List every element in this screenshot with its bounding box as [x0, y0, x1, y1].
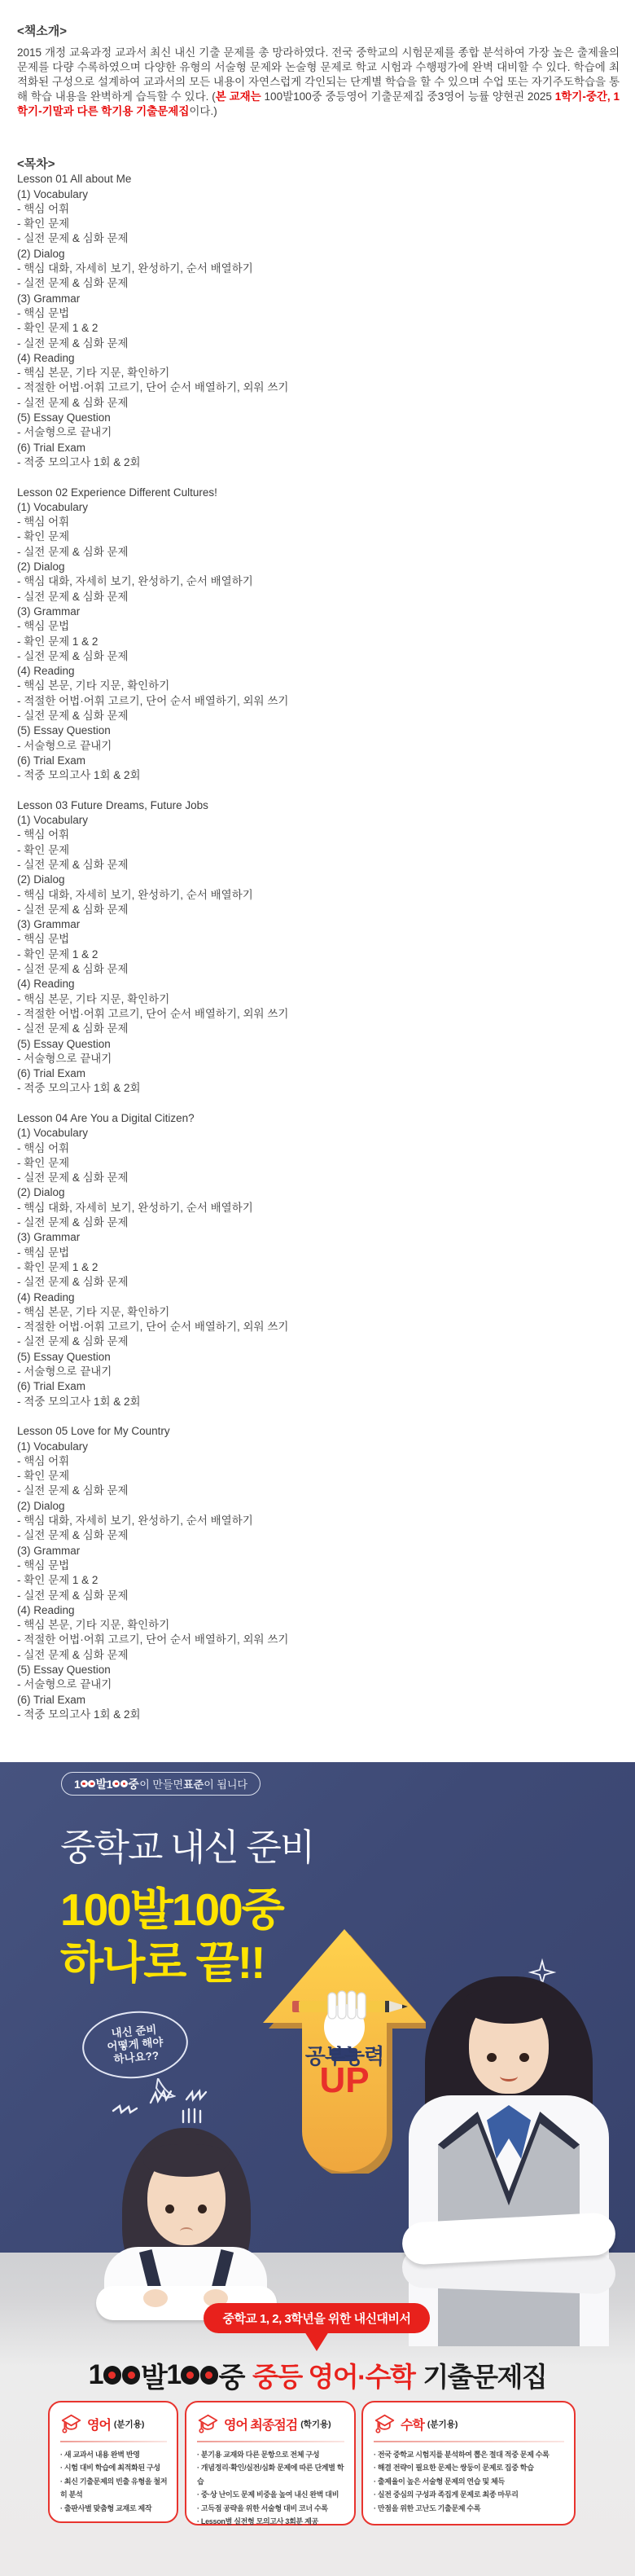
logo-zero-circle	[122, 2366, 140, 2384]
student-photo-confident	[391, 1976, 627, 2346]
toc-item: (3) Grammar	[17, 604, 620, 619]
toc-item: (2) Dialog	[17, 1185, 620, 1200]
card-english-final-check-suffix: (학기용)	[300, 2418, 331, 2430]
toc-item: - 핵심 본문, 기타 지문, 확인하기	[17, 1305, 620, 1320]
toc-item: - 실전 문제 & 심화 문제	[17, 858, 620, 873]
toc-item: (4) Reading	[17, 977, 620, 991]
toc-item: - 확인 문제	[17, 843, 620, 858]
lesson-title: Lesson 01 All about Me	[17, 172, 620, 187]
card-feature-item: Lesson별 실전형 모의고사 3회분 제공	[197, 2515, 346, 2528]
toc-item: - 핵심 본문, 기타 지문, 확인하기	[17, 366, 620, 380]
student-left-bangs	[143, 2144, 230, 2177]
card-feature-item: 개념정리·확인/실전/심화 문제에 따른 단계별 학습	[197, 2461, 346, 2488]
card-english-final-check-header: 영어 최종점검 (학기용)	[197, 2412, 346, 2436]
logo-zero-circle	[81, 1780, 88, 1787]
logo-zero-circle	[181, 2366, 199, 2384]
toc-item: (6) Trial Exam	[17, 1379, 620, 1394]
toc-item: - 핵심 대화, 자세히 보기, 완성하기, 순서 배열하기	[17, 1201, 620, 1215]
logo-zero-circle	[103, 2366, 121, 2384]
toc-item: (2) Dialog	[17, 560, 620, 574]
toc-item: - 확인 문제 1 & 2	[17, 1260, 620, 1275]
toc-item: - 서술형으로 끝내기	[17, 1365, 620, 1379]
series-title-black: 기출문제집	[423, 2356, 546, 2394]
toc-item: (1) Vocabulary	[17, 813, 620, 828]
toc-item: (4) Reading	[17, 351, 620, 366]
toc-item: - 확인 문제	[17, 1156, 620, 1171]
promo-headline-3: 하나로 끝!!	[60, 1927, 264, 1991]
toc-item: - 실전 문제 & 심화 문제	[17, 1022, 620, 1036]
slogan-pre: 이 만들면	[139, 1776, 183, 1791]
toc-lesson: Lesson 01 All about Me(1) Vocabulary- 핵심…	[17, 172, 620, 470]
intro-text-red-1: 본 교재는	[216, 90, 261, 103]
card-english-final-check-title: 영어 최종점검	[224, 2415, 297, 2433]
logo-char: 중	[128, 1776, 138, 1792]
card-english-final-check-items: 분기용 교재와 다른 문항으로 전체 구성개념정리·확인/실전/심화 문제에 따…	[197, 2448, 346, 2528]
logo-zero-circle	[120, 1780, 128, 1787]
card-divider	[60, 2441, 167, 2442]
toc-item: - 적중 모의고사 1회 & 2회	[17, 1395, 620, 1409]
card-feature-item: 고득점 공략을 위한 서술형 대비 코너 수록	[197, 2502, 346, 2515]
toc-item: - 핵심 대화, 자세히 보기, 완성하기, 순서 배열하기	[17, 888, 620, 903]
toc-item: - 적절한 어법·어휘 고르기, 단어 순서 배열하기, 외워 쓰기	[17, 380, 620, 395]
logo-zero-circle	[112, 1780, 120, 1787]
student-right-bangs	[464, 1988, 554, 2024]
toc-item: - 확인 문제	[17, 530, 620, 544]
lesson-title: Lesson 03 Future Dreams, Future Jobs	[17, 798, 620, 813]
logo-char: 발	[96, 1776, 107, 1792]
card-english-title: 영어	[87, 2415, 111, 2433]
toc-item: - 실전 문제 & 심화 문제	[17, 1589, 620, 1603]
card-english-suffix: (분기용)	[114, 2418, 144, 2430]
student-right-eye	[519, 2053, 529, 2062]
student-photo-frustrated	[96, 2126, 275, 2322]
toc-item: (4) Reading	[17, 1603, 620, 1618]
toc-item: - 핵심 대화, 자세히 보기, 완성하기, 순서 배열하기	[17, 262, 620, 276]
series-title-row: 1발1중 중등 영어·수학 기출문제집	[0, 2355, 635, 2395]
toc-item: - 확인 문제 1 & 2	[17, 321, 620, 336]
stress-squiggles-icon	[108, 2078, 222, 2129]
toc-item: - 확인 문제	[17, 1469, 620, 1484]
toc-item: (2) Dialog	[17, 873, 620, 887]
toc-item: (6) Trial Exam	[17, 441, 620, 455]
card-feature-item: 분기용 교재와 다른 문항으로 전체 구성	[197, 2448, 346, 2461]
card-feature-item: 출제율이 높은 서술형 문제의 연습 및 체득	[374, 2475, 566, 2488]
book-intro-heading: <책소개>	[17, 22, 620, 39]
toc-item: - 실전 문제 & 심화 문제	[17, 231, 620, 246]
toc-lessons: Lesson 01 All about Me(1) Vocabulary- 핵심…	[17, 172, 620, 1722]
toc-item: - 핵심 문법	[17, 619, 620, 634]
toc-item: - 적절한 어법·어휘 고르기, 단어 순서 배열하기, 외워 쓰기	[17, 694, 620, 709]
toc-item: - 실전 문제 & 심화 문제	[17, 396, 620, 411]
toc-item: (6) Trial Exam	[17, 754, 620, 768]
intro-text-middle: 100발100중 중등영어 기출문제집 중3영어 능률 양현권 2025	[261, 90, 555, 103]
toc-item: - 실전 문제 & 심화 문제	[17, 1528, 620, 1543]
toc-item: - 실전 문제 & 심화 문제	[17, 1171, 620, 1185]
toc-item: - 서술형으로 끝내기	[17, 739, 620, 754]
promo-headline-1: 중학교 내신 준비	[60, 1818, 313, 1870]
logo-char: 발	[141, 2355, 166, 2395]
toc-item: - 적중 모의고사 1회 & 2회	[17, 1708, 620, 1722]
toc-item: - 적절한 어법·어휘 고르기, 단어 순서 배열하기, 외워 쓰기	[17, 1633, 620, 1647]
toc-item: - 실전 문제 & 심화 문제	[17, 1215, 620, 1230]
book-intro-paragraph: 2015 개정 교육과정 교과서 최신 내신 기출 문제를 총 망라하였다. 전…	[17, 46, 620, 119]
toc-item: (6) Trial Exam	[17, 1066, 620, 1081]
toc-lesson: Lesson 03 Future Dreams, Future Jobs(1) …	[17, 798, 620, 1097]
toc-item: - 확인 문제	[17, 217, 620, 231]
toc-item: (6) Trial Exam	[17, 1693, 620, 1708]
card-math-suffix: (분기용)	[427, 2418, 458, 2430]
logo-char: 1	[74, 1778, 80, 1791]
toc-item: - 핵심 본문, 기타 지문, 확인하기	[17, 679, 620, 693]
lesson-title: Lesson 02 Experience Different Cultures!	[17, 486, 620, 500]
card-divider	[374, 2441, 564, 2442]
toc-lesson: Lesson 04 Are You a Digital Citizen?(1) …	[17, 1111, 620, 1409]
toc-item: - 실전 문제 & 심화 문제	[17, 649, 620, 664]
toc-item: - 적절한 어법·어휘 고르기, 단어 순서 배열하기, 외워 쓰기	[17, 1320, 620, 1334]
toc-item: (2) Dialog	[17, 247, 620, 262]
toc-item: (3) Grammar	[17, 1544, 620, 1558]
toc-item: - 확인 문제 1 & 2	[17, 947, 620, 962]
toc-item: - 실전 문제 & 심화 문제	[17, 336, 620, 351]
toc-lesson: Lesson 05 Love for My Country(1) Vocabul…	[17, 1424, 620, 1722]
toc-item: - 적중 모의고사 1회 & 2회	[17, 455, 620, 470]
card-feature-item: 만점을 위한 고난도 기출문제 수록	[374, 2502, 566, 2515]
toc-item: (5) Essay Question	[17, 1350, 620, 1365]
promo-banner: 1발1중 이 만들면 표준 이 됩니다 중학교 내신 준비 100발100중 하…	[0, 1762, 635, 2576]
brand-slogan-pill: 1발1중 이 만들면 표준 이 됩니다	[61, 1772, 261, 1796]
toc-item: - 실전 문제 & 심화 문제	[17, 709, 620, 723]
logo-zero-circle	[200, 2366, 218, 2384]
card-feature-item: 시험 대비 학습에 최적화된 구성	[60, 2461, 169, 2474]
toc-lesson: Lesson 02 Experience Different Cultures!…	[17, 486, 620, 784]
toc-item: - 핵심 대화, 자세히 보기, 완성하기, 순서 배열하기	[17, 1514, 620, 1528]
toc-item: (1) Vocabulary	[17, 500, 620, 515]
toc-item: - 확인 문제 1 & 2	[17, 635, 620, 649]
student-left-eye	[165, 2205, 174, 2213]
toc-item: - 핵심 어휘	[17, 1141, 620, 1156]
target-grade-badge-pointer	[304, 2332, 329, 2351]
toc-item: - 핵심 대화, 자세히 보기, 완성하기, 순서 배열하기	[17, 574, 620, 589]
logo-zero-circle	[88, 1780, 95, 1787]
toc-item: - 핵심 어휘	[17, 515, 620, 530]
graduation-cap-icon	[60, 2412, 82, 2436]
toc-item: - 핵심 어휘	[17, 828, 620, 842]
toc-item: - 핵심 문법	[17, 932, 620, 947]
student-right-mouth	[500, 2071, 518, 2081]
lesson-title: Lesson 04 Are You a Digital Citizen?	[17, 1111, 620, 1126]
toc-item: - 실전 문제 & 심화 문제	[17, 903, 620, 917]
toc-item: (3) Grammar	[17, 1230, 620, 1245]
toc-item: - 서술형으로 끝내기	[17, 1052, 620, 1066]
graduation-cap-icon	[374, 2412, 396, 2436]
toc-item: (3) Grammar	[17, 292, 620, 306]
series-title-red: 중등 영어·수학	[252, 2356, 414, 2394]
card-divider	[197, 2441, 344, 2442]
student-left-eye	[198, 2205, 207, 2213]
graduation-cap-icon	[197, 2412, 219, 2436]
toc-item: - 핵심 본문, 기타 지문, 확인하기	[17, 992, 620, 1007]
toc-item: - 핵심 문법	[17, 306, 620, 321]
toc-item: - 실전 문제 & 심화 문제	[17, 590, 620, 604]
toc-item: - 적중 모의고사 1회 & 2회	[17, 1081, 620, 1096]
card-feature-item: 해결 전략이 필요한 문제는 쌍둥이 문제로 집중 학습	[374, 2461, 566, 2474]
toc-item: - 실전 문제 & 심화 문제	[17, 1484, 620, 1498]
toc-item: (1) Vocabulary	[17, 1126, 620, 1141]
card-feature-item: 새 교과서 내용 완벽 반영	[60, 2448, 169, 2461]
toc-item: (5) Essay Question	[17, 1037, 620, 1052]
toc-item: - 실전 문제 & 심화 문제	[17, 1648, 620, 1663]
card-feature-item: 최신 기출문제의 빈출 유형을 철저히 분석	[60, 2475, 169, 2502]
toc-item: (1) Vocabulary	[17, 1440, 620, 1454]
toc-item: - 핵심 본문, 기타 지문, 확인하기	[17, 1618, 620, 1633]
toc-item: - 실전 문제 & 심화 문제	[17, 1334, 620, 1349]
card-math-items: 전국 중학교 시험지를 분석하여 뽑은 절대 적중 문제 수록해결 전략이 필요…	[374, 2448, 566, 2515]
toc-item: (1) Vocabulary	[17, 187, 620, 202]
toc-item: - 핵심 어휘	[17, 1454, 620, 1469]
card-feature-item: 출판사별 맞춤형 교재로 제작	[60, 2502, 169, 2515]
lesson-title: Lesson 05 Love for My Country	[17, 1424, 620, 1439]
card-math-header: 수학 (분기용)	[374, 2412, 566, 2436]
student-right-eye	[487, 2053, 497, 2062]
toc-item: (4) Reading	[17, 1290, 620, 1305]
card-math-title: 수학	[401, 2415, 424, 2433]
logo-char: 1	[89, 2359, 103, 2391]
card-feature-item: 전국 중학교 시험지를 분석하여 뽑은 절대 적중 문제 수록	[374, 2448, 566, 2461]
book-intro-section: <책소개> 2015 개정 교육과정 교과서 최신 내신 기출 문제를 총 망라…	[17, 22, 620, 119]
slogan-post: 이 됩니다	[204, 1776, 247, 1791]
student-left-mouth	[180, 2227, 193, 2235]
toc-item: - 실전 문제 & 심화 문제	[17, 1275, 620, 1290]
toc-item: - 적중 모의고사 1회 & 2회	[17, 768, 620, 783]
intro-text-close: 이다.)	[189, 105, 217, 117]
book-detail-page: <책소개> 2015 개정 교육과정 교과서 최신 내신 기출 문제를 총 망라…	[0, 0, 635, 2576]
toc-item: - 적절한 어법·어휘 고르기, 단어 순서 배열하기, 외워 쓰기	[17, 1007, 620, 1022]
toc-item: - 핵심 어휘	[17, 202, 620, 217]
card-feature-item: 실전 중심의 구성과 족집게 문제로 최종 마무리	[374, 2488, 566, 2501]
brand-logo-small: 1발1중	[74, 1776, 138, 1792]
logo-char: 중	[219, 2355, 244, 2395]
toc-item: - 핵심 문법	[17, 1558, 620, 1573]
toc-item: (3) Grammar	[17, 917, 620, 932]
toc-item: (5) Essay Question	[17, 723, 620, 738]
toc-item: (5) Essay Question	[17, 411, 620, 425]
toc-item: - 서술형으로 끝내기	[17, 425, 620, 440]
card-english-items: 새 교과서 내용 완벽 반영시험 대비 학습에 최적화된 구성최신 기출문제의 …	[60, 2448, 169, 2515]
toc-item: - 확인 문제 1 & 2	[17, 1573, 620, 1588]
toc-item: - 실전 문제 & 심화 문제	[17, 545, 620, 560]
brand-logo-large: 1발1중	[89, 2355, 244, 2395]
target-grade-badge: 중학교 1, 2, 3학년을 위한 내신대비서	[204, 2303, 430, 2333]
toc-section: <목차> Lesson 01 All about Me(1) Vocabular…	[17, 157, 620, 1737]
logo-char: 1	[166, 2359, 180, 2391]
toc-item: - 실전 문제 & 심화 문제	[17, 276, 620, 291]
toc-item: - 핵심 문법	[17, 1246, 620, 1260]
card-english-header: 영어 (분기용)	[60, 2412, 169, 2436]
toc-item: (2) Dialog	[17, 1499, 620, 1514]
toc-heading: <목차>	[17, 157, 620, 172]
slogan-bold: 표준	[183, 1776, 204, 1791]
toc-item: (4) Reading	[17, 664, 620, 679]
card-english-final-check: 영어 최종점검 (학기용) 분기용 교재와 다른 문항으로 전체 구성개념정리·…	[185, 2401, 356, 2525]
toc-item: - 서술형으로 끝내기	[17, 1677, 620, 1692]
logo-char: 1	[107, 1778, 112, 1791]
card-feature-item: 중·상 난이도 문제 비중을 높여 내신 완벽 대비	[197, 2488, 346, 2501]
card-english: 영어 (분기용) 새 교과서 내용 완벽 반영시험 대비 학습에 최적화된 구성…	[48, 2401, 178, 2523]
card-math: 수학 (분기용) 전국 중학교 시험지를 분석하여 뽑은 절대 적중 문제 수록…	[361, 2401, 576, 2525]
toc-item: - 실전 문제 & 심화 문제	[17, 962, 620, 977]
toc-item: (5) Essay Question	[17, 1663, 620, 1677]
student-left-hand	[143, 2289, 168, 2307]
